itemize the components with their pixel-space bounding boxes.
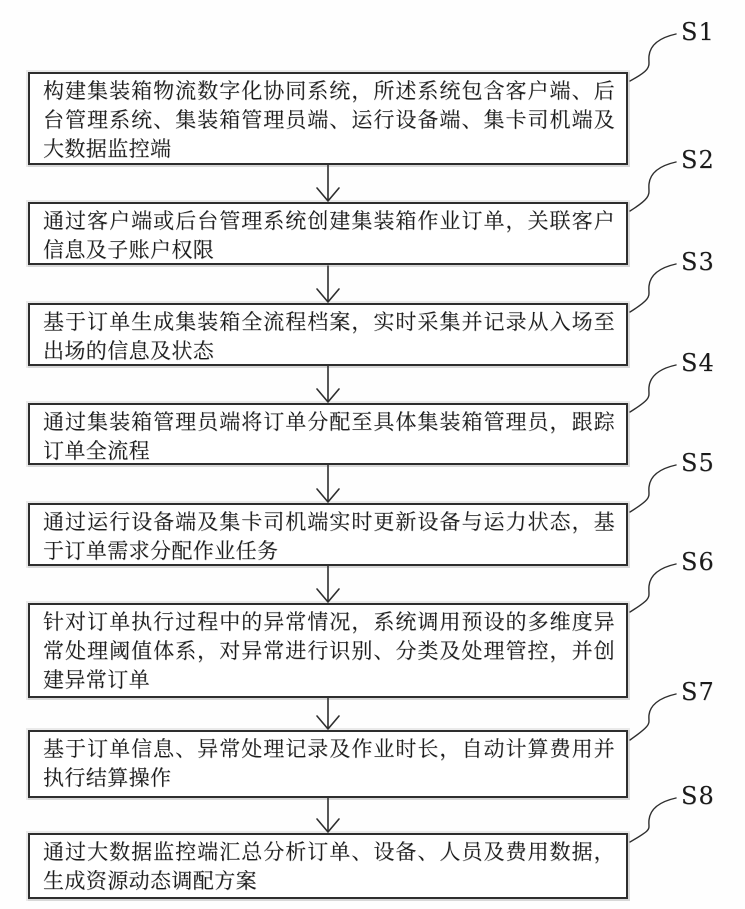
step-box-s7: 基于订单信息、异常处理记录及作业时长，自动计算费用并执行结算操作 (28, 730, 628, 798)
step-box-s8: 通过大数据监控端汇总分析订单、设备、人员及费用数据，生成资源动态调配方案 (28, 833, 628, 899)
step-label-s5: S5 (681, 449, 729, 477)
step-box-s3: 基于订单生成集装箱全流程档案，实时采集并记录从入场至出场的信息及状态 (28, 303, 628, 366)
leader-line (630, 465, 676, 512)
step-text-s1: 构建集装箱物流数字化协同系统，所述系统包含客户端、后台管理系统、集装箱管理员端、… (43, 77, 615, 164)
down-arrow (317, 266, 339, 302)
down-arrow (317, 798, 339, 832)
step-text-s7: 基于订单信息、异常处理记录及作业时长，自动计算费用并执行结算操作 (43, 735, 615, 793)
down-arrow (317, 366, 339, 402)
step-label-s8: S8 (681, 782, 729, 810)
step-label-s2: S2 (681, 146, 729, 174)
flowchart-figure: 构建集装箱物流数字化协同系统，所述系统包含客户端、后台管理系统、集装箱管理员端、… (0, 0, 745, 909)
step-box-s2: 通过客户端或后台管理系统创建集装箱作业订单，关联客户信息及子账户权限 (28, 202, 628, 265)
step-label-s3: S3 (681, 248, 729, 276)
step-text-s8: 通过大数据监控端汇总分析订单、设备、人员及费用数据，生成资源动态调配方案 (43, 838, 615, 896)
leader-line (630, 264, 676, 312)
down-arrow (317, 465, 339, 502)
step-text-s6: 针对订单执行过程中的异常情况，系统调用预设的多维度异常处理阈值体系，对异常进行识… (43, 608, 615, 695)
step-label-s6: S6 (681, 548, 729, 576)
leader-line (630, 365, 676, 412)
step-text-s2: 通过客户端或后台管理系统创建集装箱作业订单，关联客户信息及子账户权限 (43, 207, 615, 265)
down-arrow (317, 698, 339, 729)
leader-line (630, 564, 676, 612)
leader-line (630, 162, 676, 211)
leader-line (630, 34, 676, 81)
down-arrow (317, 165, 339, 201)
leader-line (630, 798, 676, 842)
step-label-s4: S4 (681, 349, 729, 377)
step-box-s5: 通过运行设备端及集卡司机端实时更新设备与运力状态，基于订单需求分配作业任务 (28, 503, 628, 566)
step-text-s4: 通过集装箱管理员端将订单分配至具体集装箱管理员，跟踪订单全流程 (43, 408, 615, 466)
step-text-s5: 通过运行设备端及集卡司机端实时更新设备与运力状态，基于订单需求分配作业任务 (43, 508, 615, 566)
step-box-s6: 针对订单执行过程中的异常情况，系统调用预设的多维度异常处理阈值体系，对异常进行识… (28, 603, 628, 698)
leader-line (630, 694, 676, 740)
step-label-s1: S1 (681, 18, 729, 46)
step-text-s3: 基于订单生成集装箱全流程档案，实时采集并记录从入场至出场的信息及状态 (43, 308, 615, 366)
step-box-s4: 通过集装箱管理员端将订单分配至具体集装箱管理员，跟踪订单全流程 (28, 403, 628, 465)
down-arrow (317, 566, 339, 602)
step-label-s7: S7 (681, 678, 729, 706)
step-box-s1: 构建集装箱物流数字化协同系统，所述系统包含客户端、后台管理系统、集装箱管理员端、… (28, 72, 628, 165)
